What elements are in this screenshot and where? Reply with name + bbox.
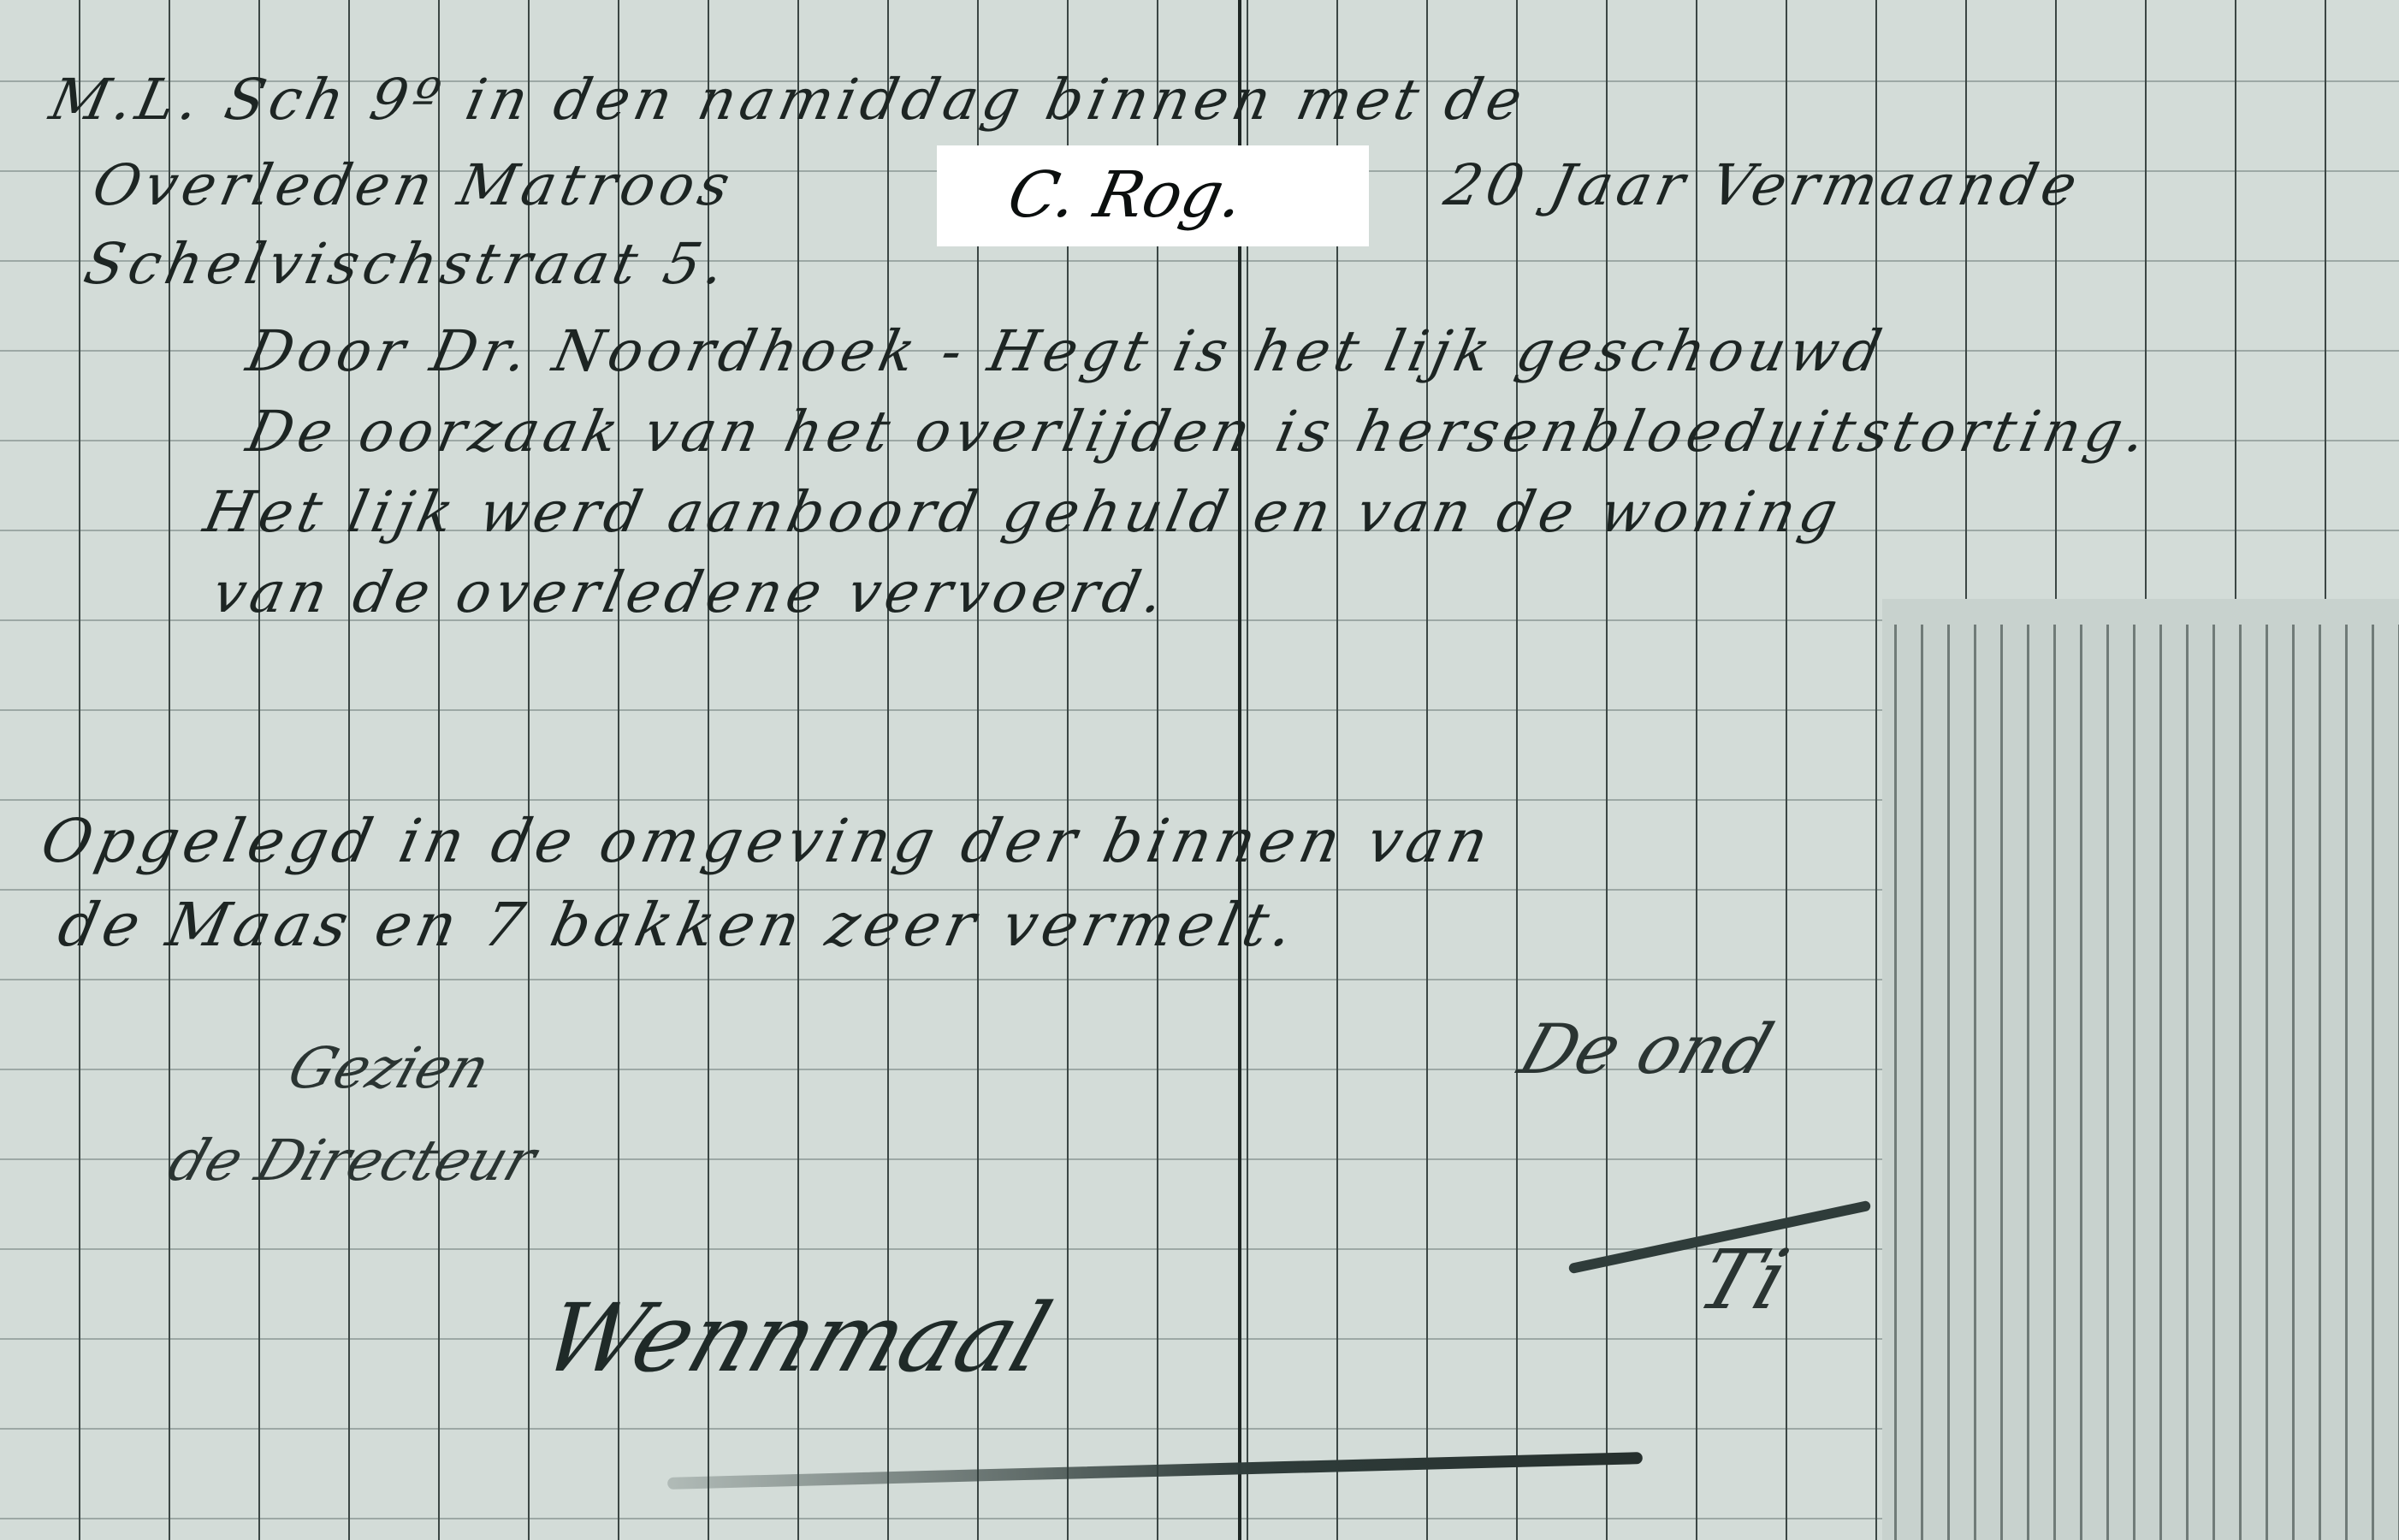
body-line-7: van de overledene vervoerd. [207, 560, 1175, 625]
body-line-2b: 20 Jaar Vermaande [1439, 152, 2088, 218]
closing-line-2: de Maas en 7 bakken zeer vermelt. [52, 890, 1304, 960]
redacted-name-label: C. Rog. [1002, 158, 1250, 232]
body-line-3: Schelvischstraat 5. [79, 231, 736, 297]
right-title-partial: De ond [1510, 1010, 1782, 1089]
director-signature: Wennmaal [530, 1283, 1063, 1393]
body-line-5: De oorzaak van het overlijden is hersenb… [241, 399, 2157, 465]
corrupted-region-edge [1891, 599, 2399, 625]
seen-label: Gezien [280, 1035, 497, 1101]
director-title: de Directeur [160, 1128, 544, 1193]
body-line-6: Het lijk werd aanboord gehuld en van de … [198, 479, 1848, 545]
body-line-1: M.L. Sch 9º in den namiddag binnen met d… [44, 67, 1533, 133]
closing-line-1: Opgelegd in de omgeving der binnen van [35, 806, 1499, 876]
corrupted-image-region [1882, 599, 2399, 1540]
body-line-4: Door Dr. Noordhoek - Hegt is het lijk ge… [241, 318, 1893, 384]
body-line-2: Overleden Matroos [87, 152, 741, 218]
